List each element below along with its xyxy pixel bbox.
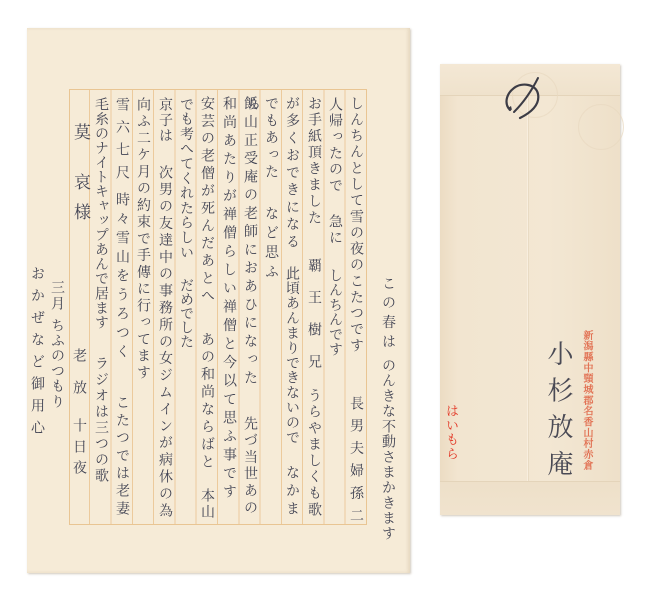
letter-text: なかま [283, 465, 301, 515]
letter-text: しんちんとして雪の夜のこたつです [347, 96, 365, 352]
postscript-text: ちふのつもり [48, 318, 66, 408]
signature: 老放 [70, 348, 88, 394]
sender-address-stamp: 新潟縣中頸城郡名香山村赤倉 [580, 330, 592, 470]
letter-text: しんちんです [326, 268, 344, 356]
letter-text: 長男夫婦孫二 [347, 396, 365, 522]
letter-text: お手紙頂きました [305, 96, 323, 224]
addressee-name: 莫哀 [71, 123, 89, 190]
letter-text: 飯山正受庵の老師におあひになった [241, 96, 259, 384]
envelope-flap-curve [578, 104, 624, 150]
letter-text: 此頃あんまりできないので [283, 266, 301, 444]
letter-text: のんきな不動さまかきます [379, 358, 397, 540]
letter-text: 雪六七尺 [113, 97, 131, 179]
letter-text: でもあったら [262, 96, 280, 178]
seal-mark-icon: 〆 [502, 74, 544, 126]
letter-text: 次男の友達中の事務所の女ジムインが病休の為 [156, 165, 174, 517]
letter-text: 時々雪山をうろつく [113, 192, 131, 358]
letter-text: 先づ当世あの [241, 416, 259, 514]
letter-text: が多くおできになる [283, 96, 301, 248]
letter-text: あの和尚ならばと [198, 332, 216, 468]
red-pencil-note: はいもら [442, 404, 458, 460]
letter-text: 急に [326, 214, 344, 244]
letter-text: でも考へてくれたらしい [177, 97, 195, 259]
letter-date: 十日夜 [70, 418, 88, 474]
sender-name: 小杉放庵 [543, 340, 573, 476]
postscript-text: おかぜなど御用心 [28, 266, 46, 434]
letter-text: 人帰ったので [326, 97, 344, 192]
letter-text: 毛糸のナイトキャップあんで居ます [92, 97, 110, 329]
letter-text: 和尚あたりが禅僧らしい禅僧と今以て思ふ事です [220, 96, 238, 498]
letter-text: 京子は [156, 97, 174, 142]
letter-text: だめでした [177, 278, 195, 348]
envelope-back [440, 64, 620, 515]
envelope-bottom-flap [440, 481, 620, 515]
letter-text: 本山 [198, 488, 216, 518]
letter-text: うらやましくも歌 [305, 388, 323, 516]
addressee-honorific: 様 [71, 203, 89, 231]
letter-text: 向ふ二ケ月の約束で手傳に行ってます [134, 97, 152, 379]
letter-text: 覇王樹兄 [305, 258, 323, 368]
letter-text: こたつでは老妻 [113, 395, 131, 515]
letter-text: ラジオは三つの歌 [92, 356, 110, 482]
postscript-text: 三月 [48, 280, 66, 310]
letter-text: 安芸の老僧が死んだあとへ [198, 96, 216, 302]
letter-text: この春は [379, 276, 397, 348]
envelope-center-seam [527, 95, 528, 482]
letter-text: など思ふ [262, 206, 280, 278]
